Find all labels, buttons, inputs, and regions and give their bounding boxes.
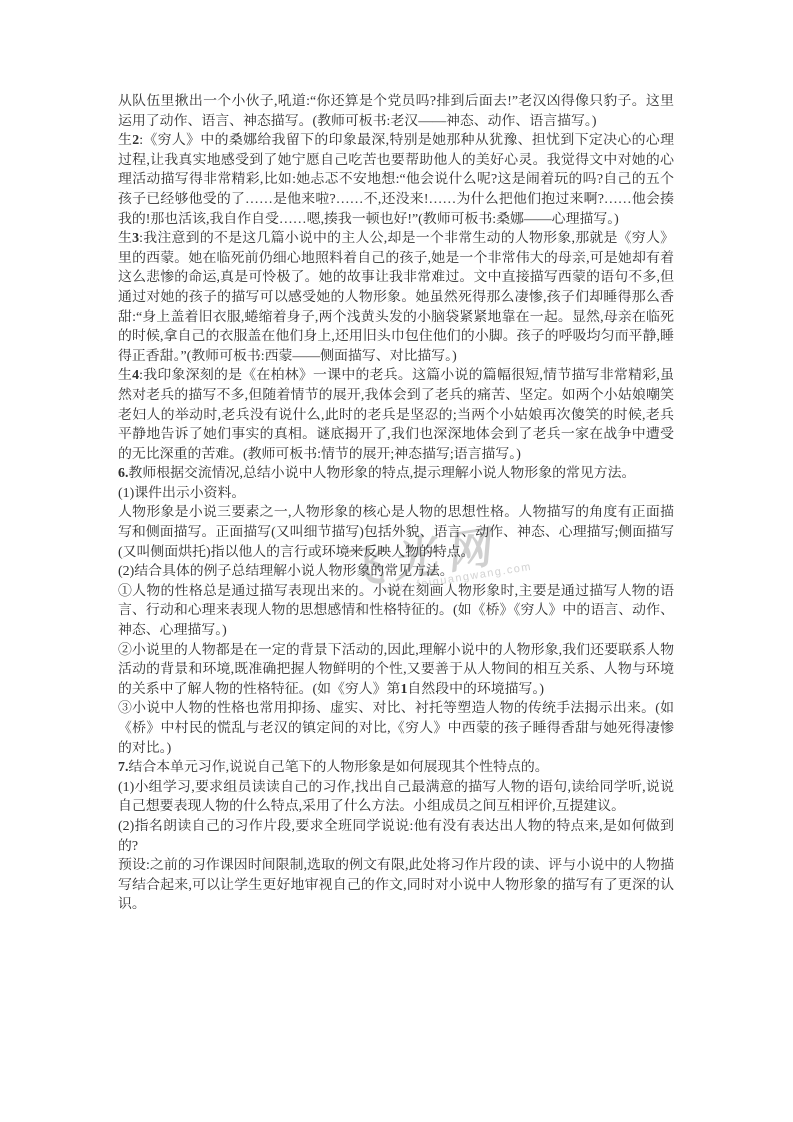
paragraph: 生3:我注意到的不是这几篇小说中的主人公,却是一个非常生动的人物形象,那就是《穷… [118,229,674,366]
paragraph: 人物形象是小说三要素之一,人物形象的核心是人物的思想性格。人物描写的角度有正面描… [118,503,674,562]
paragraph-text: (1)课件出示小资料。 [118,486,245,501]
paragraph-text: 教师根据交流情况,总结小说中人物形象的特点,提示理解小说人物形象的常见方法。 [128,466,635,481]
paragraph: 预设:之前的习作课因时间限制,选取的例文有限,此处将习作片段的读、评与小说中的人… [118,856,674,915]
paragraph-text: ①人物的性格总是通过描写表现出来的。小说在刻画人物形象时,主要是通过描写人物的语… [118,584,674,638]
paragraph-text: 生 [118,133,132,148]
paragraph: ②小说里的人物都是在一定的背景下活动的,因此,理解小说中的人物形象,我们还要联系… [118,641,674,700]
paragraph: 从队伍里揪出一个小伙子,吼道:“你还算是个党员吗?排到后面去!”老汉凶得像只豹子… [118,92,674,131]
paragraph-text: ②小说里的人物都是在一定的背景下活动的,因此,理解小说中的人物形象,我们还要联系… [118,643,674,697]
paragraph-text: ③小说中人物的性格也常用抑扬、虚实、对比、衬托等塑造人物的传统手法揭示出来。(如… [118,701,674,755]
document-body: 从队伍里揪出一个小伙子,吼道:“你还算是个党员吗?排到后面去!”老汉凶得像只豹子… [118,92,674,915]
paragraph-number: 6. [118,466,128,481]
paragraph: 6.教师根据交流情况,总结小说中人物形象的特点,提示理解小说人物形象的常见方法。 [118,464,674,484]
paragraph: (2)指名朗读自己的习作片段,要求全班同学说说:他有没有表达出人物的特点来,是如… [118,817,674,856]
paragraph-text: 从队伍里揪出一个小伙子,吼道:“你还算是个党员吗?排到后面去!”老汉凶得像只豹子… [118,94,674,129]
paragraph-text: :我印象深刻的是《在柏林》一课中的老兵。这篇小说的篇幅很短,情节描写非常精彩,虽… [118,368,674,461]
paragraph: 生2:《穷人》中的桑娜给我留下的印象最深,特别是她那种从犹豫、担忧到下定决心的心… [118,131,674,229]
paragraph: (1)小组学习,要求组员读读自己的习作,找出自己最满意的描写人物的语句,读给同学… [118,778,674,817]
paragraph: (2)结合具体的例子总结理解小说人物形象的常见方法。 [118,562,674,582]
paragraph: (1)课件出示小资料。 [118,484,674,504]
paragraph-text: 结合本单元习作,说说自己笔下的人物形象是如何展现其个性特点的。 [128,760,548,775]
paragraph-text: (2)结合具体的例子总结理解小说人物形象的常见方法。 [118,564,454,579]
paragraph: 7.结合本单元习作,说说自己笔下的人物形象是如何展现其个性特点的。 [118,758,674,778]
paragraph-number: 7. [118,760,128,775]
paragraph-text: 生 [118,368,132,383]
paragraph: 生4:我印象深刻的是《在柏林》一课中的老兵。这篇小说的篇幅很短,情节描写非常精彩… [118,366,674,464]
paragraph-text: (2)指名朗读自己的习作片段,要求全班同学说说:他有没有表达出人物的特点来,是如… [118,819,674,854]
paragraph: ③小说中人物的性格也常用抑扬、虚实、对比、衬托等塑造人物的传统手法揭示出来。(如… [118,699,674,758]
paragraph: ①人物的性格总是通过描写表现出来的。小说在刻画人物形象时,主要是通过描写人物的语… [118,582,674,641]
paragraph-text: 自然段中的环境描写。) [407,682,544,697]
document-page: 飞光网 www.feiguangwang.com 从队伍里揪出一个小伙子,吼道:… [0,0,793,1122]
paragraph-text: :《穷人》中的桑娜给我留下的印象最深,特别是她那种从犹豫、担忧到下定决心的心理过… [118,133,674,226]
paragraph-text: (1)小组学习,要求组员读读自己的习作,找出自己最满意的描写人物的语句,读给同学… [118,780,674,815]
paragraph-text: 人物形象是小说三要素之一,人物形象的核心是人物的思想性格。人物描写的角度有正面描… [118,505,674,559]
paragraph-text: 生 [118,231,132,246]
paragraph-text: 预设:之前的习作课因时间限制,选取的例文有限,此处将习作片段的读、评与小说中的人… [118,858,674,912]
paragraph-text: :我注意到的不是这几篇小说中的主人公,却是一个非常生动的人物形象,那就是《穷人》… [118,231,674,364]
